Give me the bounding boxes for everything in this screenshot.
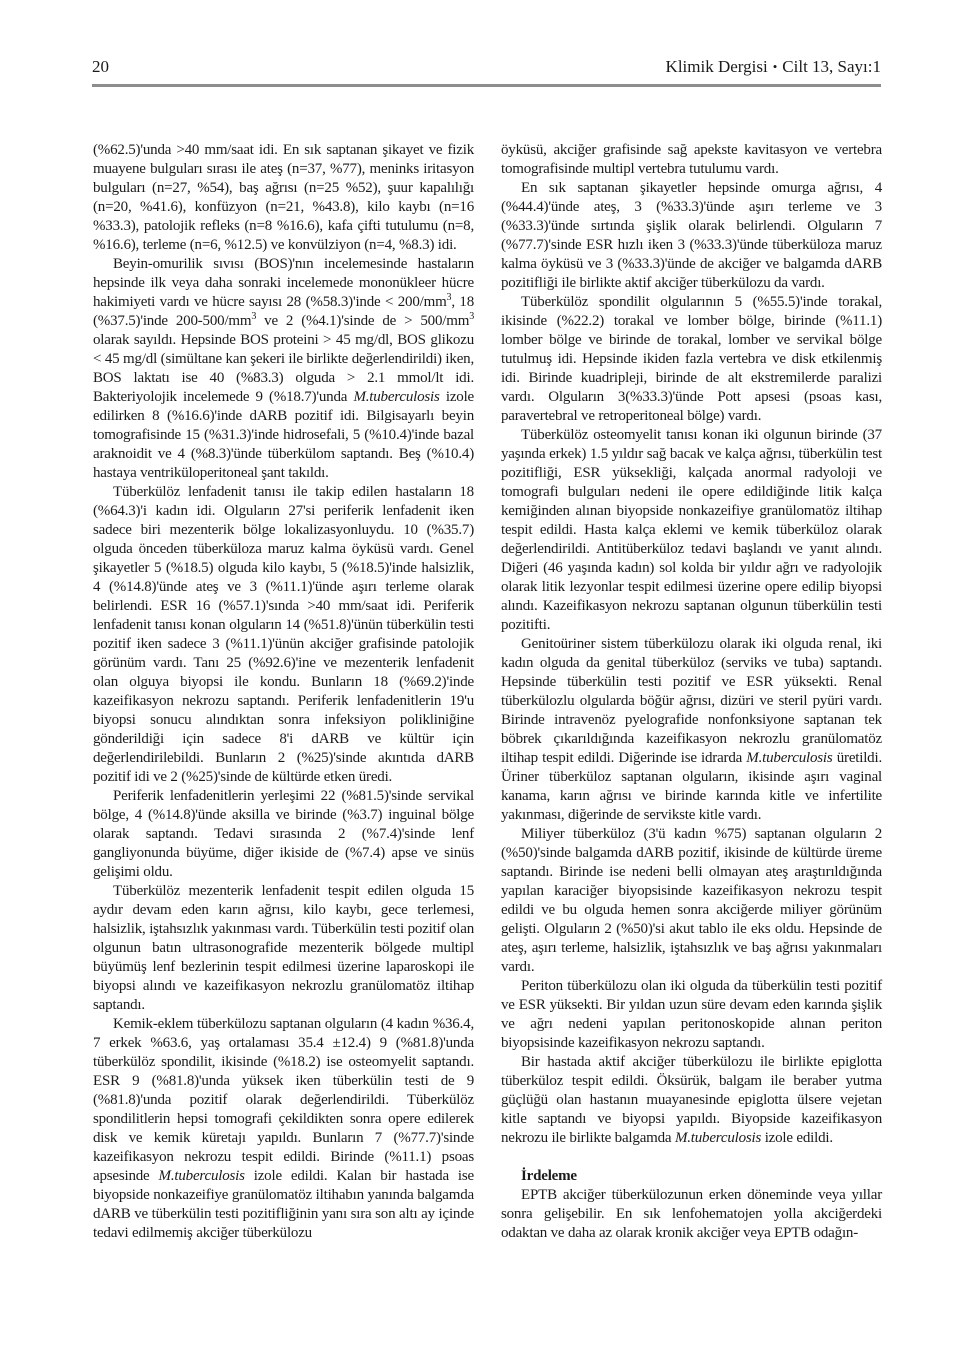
text-run: Periferik lenfadenitlerin yerleşimi 22 (… xyxy=(93,788,474,880)
text-run: izole edildi. xyxy=(761,1130,833,1146)
text-run: Tüberkülöz lenfadenit tanısı ile takip e… xyxy=(93,484,474,785)
page-header: 20 Klimik Dergisi•Cilt 13, Sayı:1 xyxy=(92,56,881,78)
paragraph: Bir hastada aktif akciğer tüberkülozu il… xyxy=(501,1053,882,1148)
paragraph: Tüberkülöz mezenterik lenfadenit tespit … xyxy=(93,882,474,1015)
species-name-italic: M.tuberculosis xyxy=(353,389,439,405)
text-run: Tüberkülöz spondilit olgularının 5 (%55.… xyxy=(501,294,882,424)
right-column: öyküsü, akciğer grafisinde sağ apekste k… xyxy=(501,141,882,1243)
issue-info: Cilt 13, Sayı:1 xyxy=(782,57,881,76)
paragraph: Tüberkülöz osteomyelit tanısı konan iki … xyxy=(501,426,882,635)
header-rule xyxy=(92,84,881,87)
paragraph: Periferik lenfadenitlerin yerleşimi 22 (… xyxy=(93,787,474,882)
species-name-italic: M.tuberculosis xyxy=(675,1130,761,1146)
paragraph: Kemik-eklem tüberkülozu saptanan olgular… xyxy=(93,1015,474,1243)
text-run: Beyin-omurilik sıvısı (BOS)'nın inceleme… xyxy=(93,256,474,310)
page-number: 20 xyxy=(92,56,109,78)
section-heading: İrdeleme xyxy=(501,1167,882,1186)
paragraph: Miliyer tüberküloz (3'ü kadın %75) sapta… xyxy=(501,825,882,977)
species-name-italic: M.tuberculosis xyxy=(746,750,832,766)
paragraph: En sık saptanan şikayetler hepsinde omur… xyxy=(501,179,882,293)
left-column: (%62.5)'unda >40 mm/saat idi. En sık sap… xyxy=(93,141,474,1243)
text-run: İrdeleme xyxy=(521,1168,577,1184)
bullet-separator-icon: • xyxy=(773,56,778,78)
paragraph: Periton tüberkülozu olan iki olguda da t… xyxy=(501,977,882,1053)
text-run: Miliyer tüberküloz (3'ü kadın %75) sapta… xyxy=(501,826,882,975)
text-run: Genitoüriner sistem tüberkülozu olarak i… xyxy=(501,636,882,766)
text-run: Kemik-eklem tüberkülozu saptanan olgular… xyxy=(93,1016,474,1184)
paragraph: Tüberkülöz lenfadenit tanısı ile takip e… xyxy=(93,483,474,787)
paragraph: öyküsü, akciğer grafisinde sağ apekste k… xyxy=(501,141,882,179)
article-body: (%62.5)'unda >40 mm/saat idi. En sık sap… xyxy=(93,141,882,1243)
paragraph: Beyin-omurilik sıvısı (BOS)'nın inceleme… xyxy=(93,255,474,483)
journal-page: 20 Klimik Dergisi•Cilt 13, Sayı:1 (%62.5… xyxy=(0,0,960,1371)
superscript: 3 xyxy=(469,311,474,322)
journal-title: Klimik Dergisi•Cilt 13, Sayı:1 xyxy=(666,56,881,78)
text-run: En sık saptanan şikayetler hepsinde omur… xyxy=(501,180,882,291)
text-run: EPTB akciğer tüberkülozunun erken dönemi… xyxy=(501,1187,882,1241)
text-run: ve 2 (%4.1)'sinde de > 500/mm xyxy=(256,313,469,329)
journal-name: Klimik Dergisi xyxy=(666,57,768,76)
species-name-italic: M.tuberculosis xyxy=(159,1168,245,1184)
paragraph: Genitoüriner sistem tüberkülozu olarak i… xyxy=(501,635,882,825)
paragraph: Tüberkülöz spondilit olgularının 5 (%55.… xyxy=(501,293,882,426)
paragraph: (%62.5)'unda >40 mm/saat idi. En sık sap… xyxy=(93,141,474,255)
text-run: Tüberkülöz mezenterik lenfadenit tespit … xyxy=(93,883,474,1013)
paragraph: EPTB akciğer tüberkülozunun erken dönemi… xyxy=(501,1186,882,1243)
text-run: (%62.5)'unda >40 mm/saat idi. En sık sap… xyxy=(93,142,474,253)
text-run: Tüberkülöz osteomyelit tanısı konan iki … xyxy=(501,427,882,633)
text-run: öyküsü, akciğer grafisinde sağ apekste k… xyxy=(501,142,882,177)
text-run: Periton tüberkülozu olan iki olguda da t… xyxy=(501,978,882,1051)
